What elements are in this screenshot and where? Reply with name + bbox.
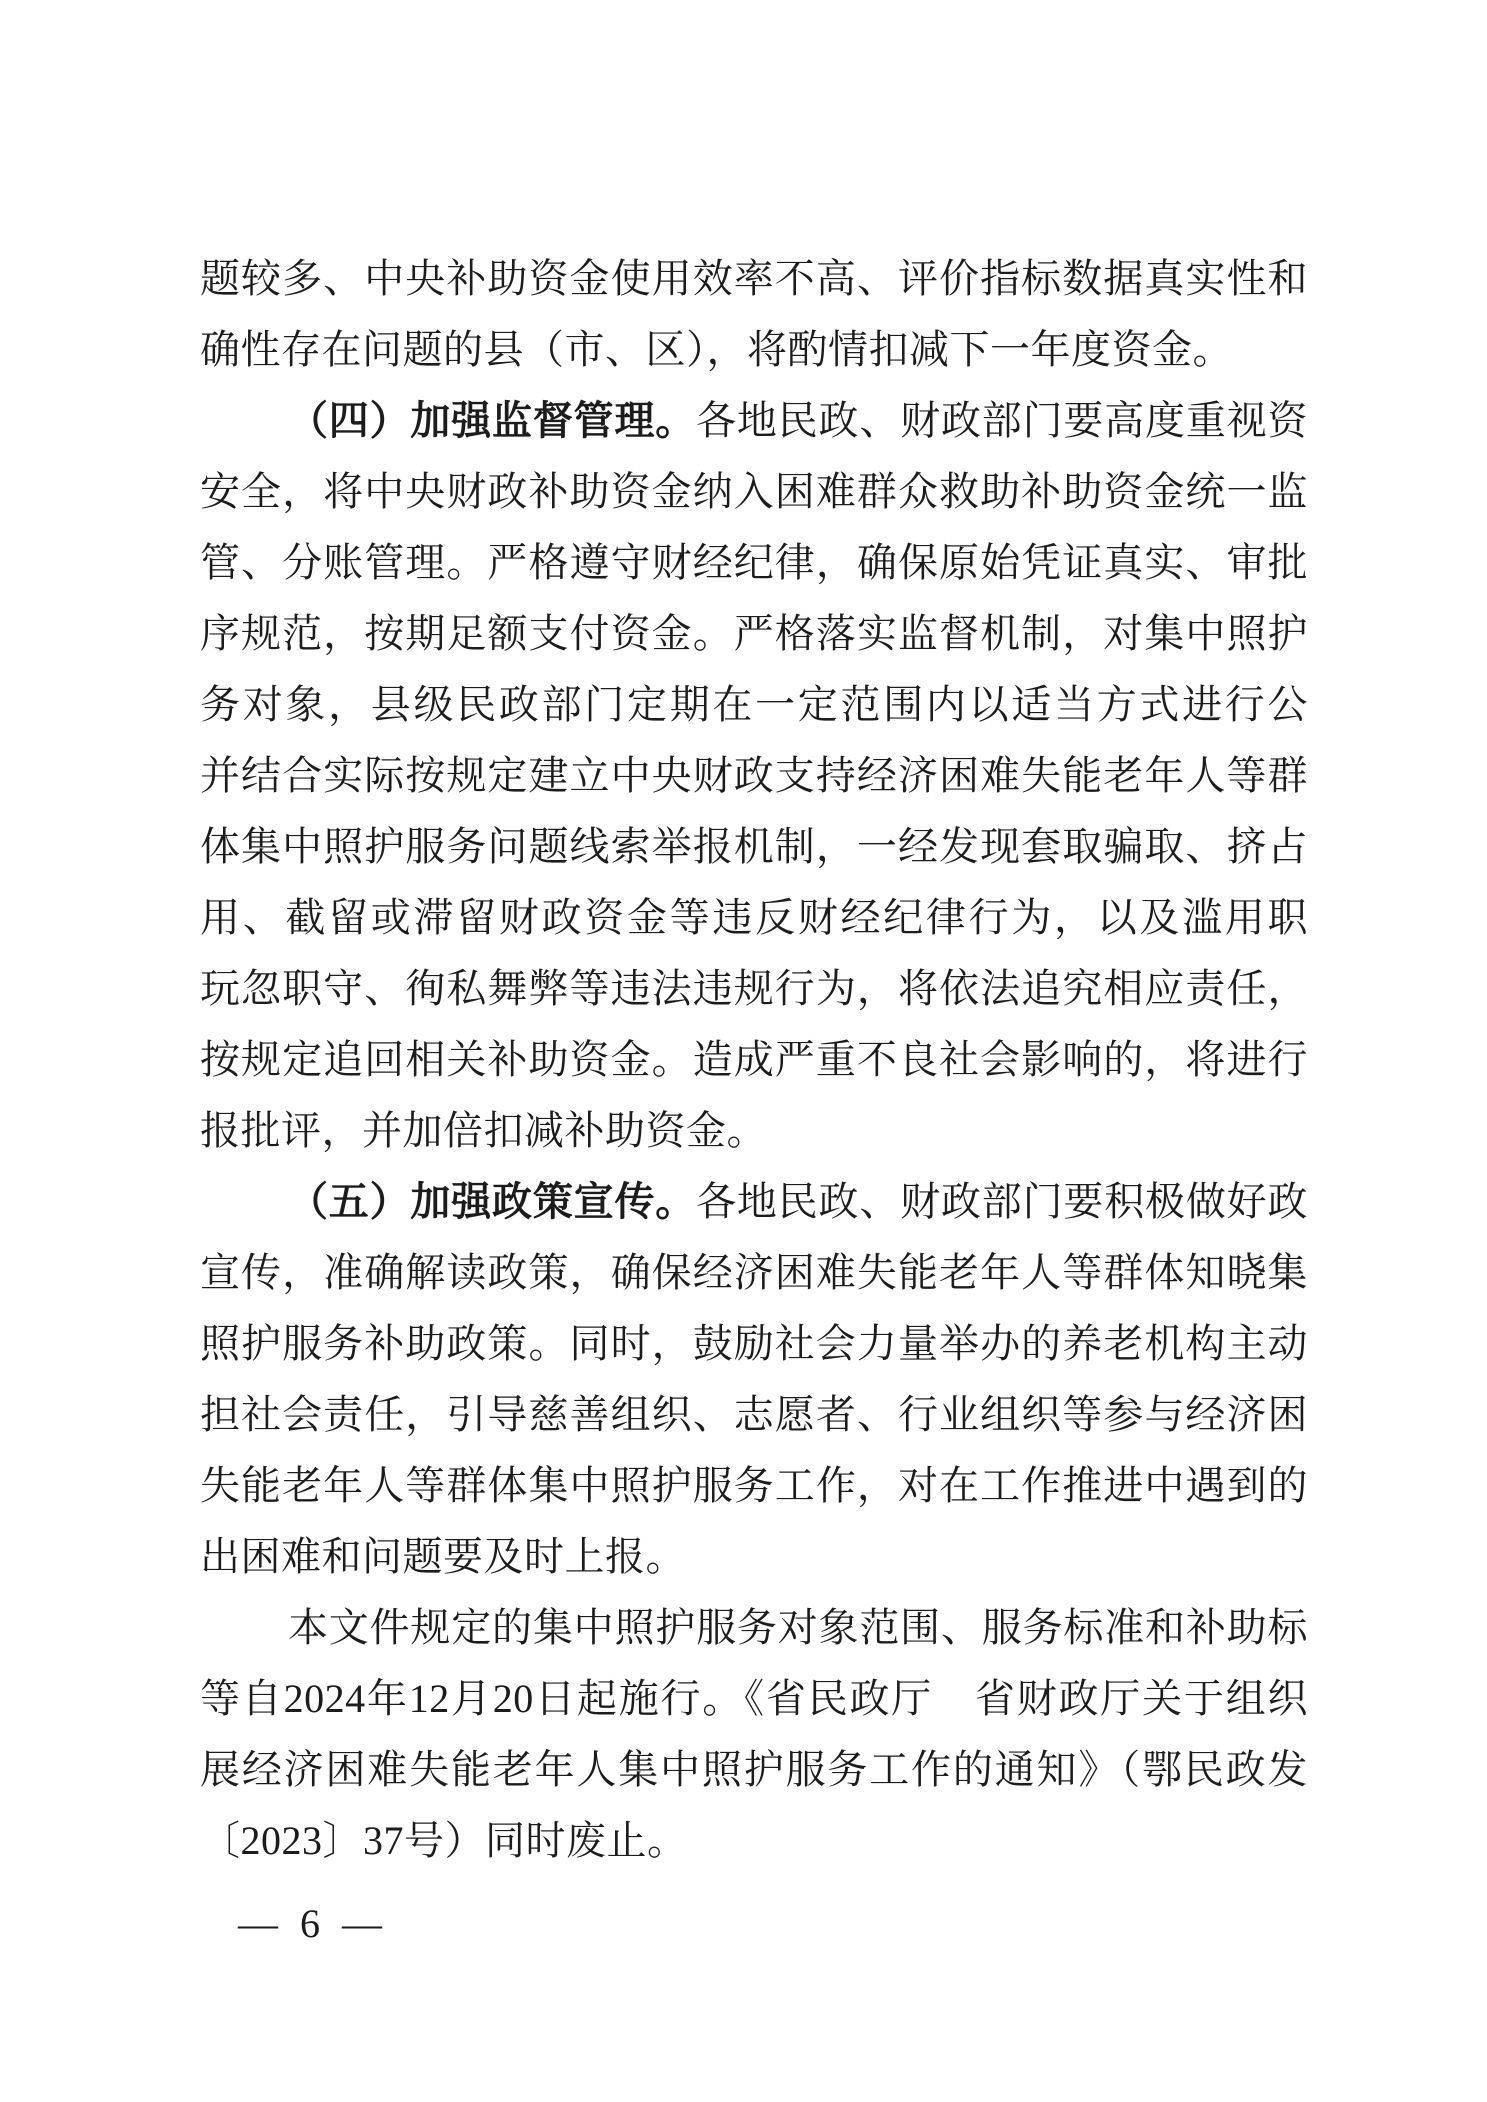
text-line: 失能老年人等群体集中照护服务工作，对在工作推进中遇到的突 xyxy=(200,1450,1308,1521)
text-line: 务对象，县级民政部门定期在一定范围内以适当方式进行公示， xyxy=(200,669,1308,740)
text-line: 玩忽职守、徇私舞弊等违法违规行为，将依法追究相应责任，并 xyxy=(200,953,1308,1024)
section-heading-line: （五）加强政策宣传。各地民政、财政部门要积极做好政策 xyxy=(200,1166,1308,1237)
text-line: 〔2023〕37号）同时废止。 xyxy=(200,1805,1308,1876)
text-line: 确性存在问题的县（市、区），将酌情扣减下一年度资金。 xyxy=(200,314,1308,385)
page-number: — 6 — xyxy=(238,1896,388,1952)
document-body: 题较多、中央补助资金使用效率不高、评价指标数据真实性和准 确性存在问题的县（市、… xyxy=(200,243,1308,1876)
text-line: 题较多、中央补助资金使用效率不高、评价指标数据真实性和准 xyxy=(200,243,1308,314)
section-heading-5: （五）加强政策宣传。 xyxy=(288,1179,696,1224)
text-line: 用、截留或滞留财政资金等违反财经纪律行为，以及滥用职权、 xyxy=(200,882,1308,953)
text-line: 并结合实际按规定建立中央财政支持经济困难失能老年人等群 xyxy=(200,740,1308,811)
text-line: 报批评，并加倍扣减补助资金。 xyxy=(200,1095,1308,1166)
text-line: 安全，将中央财政补助资金纳入困难群众救助补助资金统一监 xyxy=(200,456,1308,527)
section-heading-line: （四）加强监督管理。各地民政、财政部门要高度重视资金 xyxy=(200,385,1308,456)
text-line: 等自2024年12月20日起施行。《省民政厅 省财政厅关于组织开 xyxy=(200,1663,1308,1734)
text-line: 按规定追回相关补助资金。造成严重不良社会影响的，将进行通 xyxy=(200,1024,1308,1095)
text-line: 管、分账管理。严格遵守财经纪律，确保原始凭证真实、审批程 xyxy=(200,527,1308,598)
text-line: 体集中照护服务问题线索举报机制，一经发现套取骗取、挤占挪 xyxy=(200,811,1308,882)
text-line: 出困难和问题要及时上报。 xyxy=(200,1521,1308,1592)
text-line: 序规范，按期足额支付资金。严格落实监督机制，对集中照护服 xyxy=(200,598,1308,669)
scanned-document-page: 题较多、中央补助资金使用效率不高、评价指标数据真实性和准 确性存在问题的县（市、… xyxy=(0,0,1487,2102)
text-line: 担社会责任，引导慈善组织、志愿者、行业组织等参与经济困难 xyxy=(200,1379,1308,1450)
text-line: 宣传，准确解读政策，确保经济困难失能老年人等群体知晓集中 xyxy=(200,1237,1308,1308)
text-line: 照护服务补助政策。同时，鼓励社会力量举办的养老机构主动承 xyxy=(200,1308,1308,1379)
text-line: 展经济困难失能老年人集中照护服务工作的通知》（鄂民政发 xyxy=(200,1734,1308,1805)
text-line: 本文件规定的集中照护服务对象范围、服务标准和补助标准 xyxy=(200,1592,1308,1663)
section-heading-4: （四）加强监督管理。 xyxy=(288,398,696,443)
